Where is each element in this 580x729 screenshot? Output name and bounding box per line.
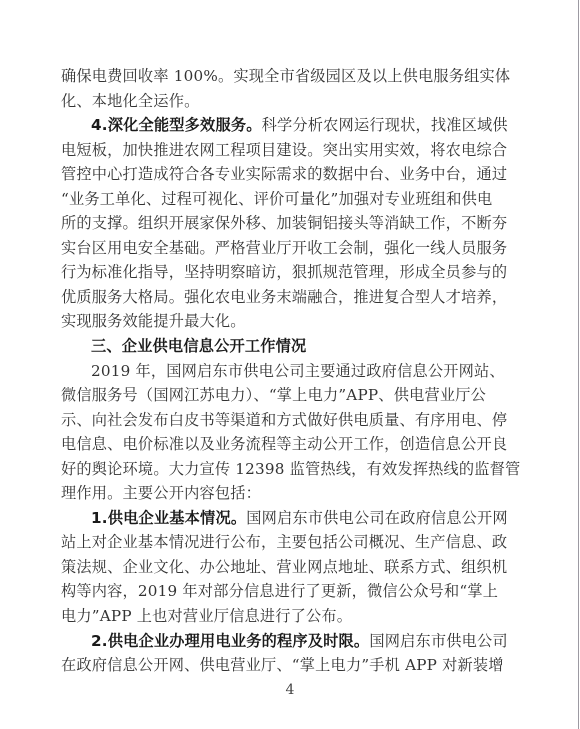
paragraph-line: “业务工单化、过程可视化、评价可量化”加强对专业班组和供电	[61, 187, 464, 212]
subsection-title: 1.供电企业基本情况。	[91, 509, 246, 527]
paragraph-line: 实台区用电安全基础。严格营业厅开收工会制，强化一线人员服务	[61, 236, 464, 261]
paragraph-line: 在政府信息公开网、供电营业厅、“掌上电力”手机 APP 对新装增	[61, 653, 464, 678]
paragraph-line: 行为标准化指导，坚持明察暗访，狠抓规范管理，形成全员参与的	[61, 260, 464, 285]
paragraph-line: 化、本地化全运作。	[61, 89, 464, 114]
paragraph-text: 国网启东市供电公司在政府信息公开网	[246, 509, 508, 527]
paragraph-line: 好的舆论环境。大力宣传 12398 监管热线，有效发挥热线的监督管	[61, 457, 464, 482]
paragraph-line: 所的支撑。组织开展家保外移、加装铜铝接头等消缺工作，不断夯	[61, 211, 464, 236]
paragraph-line: 实现服务效能提升最大化。	[61, 309, 464, 334]
paragraph-line: 电信息、电价标准以及业务流程等主动公开工作，创造信息公开良	[61, 432, 464, 457]
paragraph-line: 电短板，加快推进农网工程项目建设。突出实用实效，将农电综合	[61, 138, 464, 163]
paragraph-line: 微信服务号（国网江苏电力）、“掌上电力”APP、供电营业厅公	[61, 383, 464, 408]
subsection-lead-line: 1.供电企业基本情况。国网启东市供电公司在政府信息公开网	[61, 506, 464, 531]
paragraph-text: 科学分析农网运行现状，找准区域供	[262, 116, 508, 134]
paragraph-line: 优质服务大格局。强化农电业务末端融合，推进复合型人才培养，	[61, 285, 464, 310]
subsection-lead-line: 2.供电企业办理用电业务的程序及时限。国网启东市供电公司	[61, 629, 464, 654]
page-body: 确保电费回收率 100%。实现全市省级园区及以上供电服务组实体 化、本地化全运作…	[61, 64, 464, 678]
paragraph-line: 管控中心打造成符合各专业实际需求的数据中台、业务中台，通过	[61, 162, 464, 187]
subsection-title: 2.供电企业办理用电业务的程序及时限。	[91, 632, 369, 650]
paragraph-line: 确保电费回收率 100%。实现全市省级园区及以上供电服务组实体	[61, 64, 464, 89]
paragraph-line: 理作用。主要公开内容包括：	[61, 481, 464, 506]
paragraph-line: 构等内容，2019 年对部分信息进行了更新，微信公众号和“掌上	[61, 579, 464, 604]
paragraph-line: 电力”APP 上也对营业厅信息进行了公布。	[61, 604, 464, 629]
page-number: 4	[0, 682, 580, 698]
paragraph-line: 2019 年，国网启东市供电公司主要通过政府信息公开网站、	[61, 359, 464, 384]
paragraph-line: 示、向社会发布白皮书等渠道和方式做好供电质量、有序用电、停	[61, 408, 464, 433]
paragraph-line: 策法规、企业文化、办公地址、营业网点地址、联系方式、组织机	[61, 555, 464, 580]
section-heading: 三、企业供电信息公开工作情况	[61, 334, 464, 359]
subsection-lead-line: 4.深化全能型多效服务。科学分析农网运行现状，找准区域供	[61, 113, 464, 138]
document-page: 确保电费回收率 100%。实现全市省级园区及以上供电服务组实体 化、本地化全运作…	[0, 0, 579, 729]
paragraph-text: 国网启东市供电公司	[369, 632, 508, 650]
subsection-title: 4.深化全能型多效服务。	[91, 116, 262, 134]
paragraph-line: 站上对企业基本情况进行公布，主要包括公司概况、生产信息、政	[61, 530, 464, 555]
